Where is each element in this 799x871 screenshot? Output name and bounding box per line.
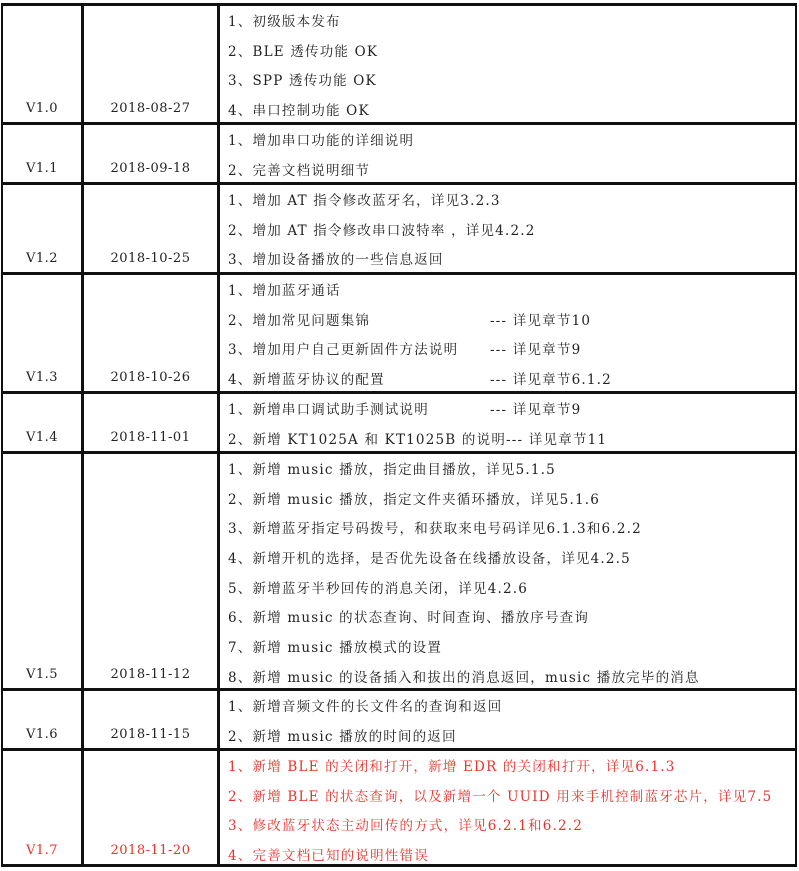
notes-cell: 1、新增 music 播放，指定曲目播放，详见5.1.52、新增 music 播… xyxy=(220,454,795,688)
version-number: V1.7 xyxy=(3,841,81,861)
revision-row: V1.12018-09-181、增加串口功能的详细说明2、完善文档说明细节 xyxy=(3,122,795,182)
date-cell: 2018-10-25 xyxy=(84,185,220,272)
note-text: 3、修改蓝牙状态主动回传的方式，详见6.2.1和6.2.2 xyxy=(228,818,583,834)
section-reference: --- 详见章节9 xyxy=(490,396,581,426)
date-cell: 2018-10-26 xyxy=(84,275,220,391)
date-cell: 2018-11-12 xyxy=(84,454,220,688)
note-text: 3、增加设备播放的一些信息返回 xyxy=(228,252,444,268)
note-text: 2、增加常见问题集锦 xyxy=(228,307,490,337)
note-text: 3、增加用户自己更新固件方法说明 xyxy=(228,336,490,366)
note-line: 2、新增 music 播放，指定文件夹循环播放，详见5.1.6 xyxy=(228,486,795,516)
note-line: 5、新增蓝牙半秒回传的消息关闭，详见4.2.6 xyxy=(228,575,795,605)
note-text: 1、增加 AT 指令修改蓝牙名，详见3.2.3 xyxy=(228,193,501,209)
note-line: 3、增加用户自己更新固件方法说明--- 详见章节9 xyxy=(228,336,795,366)
revision-date: 2018-11-12 xyxy=(84,665,217,685)
note-text: 4、新增开机的选择，是否优先设备在线播放设备，详见4.2.5 xyxy=(228,551,631,567)
note-text: 8、新增 music 的设备插入和拔出的消息返回，music 播放完毕的消息 xyxy=(228,670,700,686)
notes-cell: 1、增加 AT 指令修改蓝牙名，详见3.2.32、增加 AT 指令修改串口波特率… xyxy=(220,185,795,272)
note-line: 4、完善文档已知的说明性错误 xyxy=(228,842,795,871)
version-cell: V1.7 xyxy=(3,751,84,864)
note-text: 1、增加蓝牙通话 xyxy=(228,283,341,299)
date-cell: 2018-11-01 xyxy=(84,394,220,451)
notes-cell: 1、新增音频文件的长文件名的查询和返回2、新增 music 播放的时间的返回 xyxy=(220,691,795,748)
version-number: V1.3 xyxy=(3,368,81,388)
version-cell: V1.5 xyxy=(3,454,84,688)
notes-cell: 1、新增串口调试助手测试说明--- 详见章节92、新增 KT1025A 和 KT… xyxy=(220,394,795,451)
note-text: 3、新增蓝牙指定号码拨号，和获取来电号码详见6.1.3和6.2.2 xyxy=(228,521,642,537)
notes-cell: 1、新增 BLE 的关闭和打开，新增 EDR 的关闭和打开，详见6.1.32、新… xyxy=(220,751,795,864)
date-cell: 2018-08-27 xyxy=(84,6,220,122)
revision-date: 2018-11-01 xyxy=(84,428,217,448)
note-text: 1、新增 BLE 的关闭和打开，新增 EDR 的关闭和打开，详见6.1.3 xyxy=(228,759,676,775)
note-line: 1、增加蓝牙通话 xyxy=(228,277,795,307)
revision-row: V1.62018-11-151、新增音频文件的长文件名的查询和返回2、新增 mu… xyxy=(3,688,795,748)
note-line: 1、新增 BLE 的关闭和打开，新增 EDR 的关闭和打开，详见6.1.3 xyxy=(228,753,795,783)
revision-history-table: V1.02018-08-271、初级版本发布2、BLE 透传功能 OK3、SPP… xyxy=(1,3,797,867)
version-number: V1.2 xyxy=(3,249,81,269)
note-line: 1、新增音频文件的长文件名的查询和返回 xyxy=(228,693,795,723)
notes-cell: 1、增加蓝牙通话2、增加常见问题集锦--- 详见章节103、增加用户自己更新固件… xyxy=(220,275,795,391)
revision-row: V1.52018-11-121、新增 music 播放，指定曲目播放，详见5.1… xyxy=(3,451,795,688)
note-text: 2、完善文档说明细节 xyxy=(228,163,370,179)
notes-cell: 1、初级版本发布2、BLE 透传功能 OK3、SPP 透传功能 OK4、串口控制… xyxy=(220,6,795,122)
version-number: V1.4 xyxy=(3,428,81,448)
date-cell: 2018-09-18 xyxy=(84,125,220,182)
revision-row: V1.22018-10-251、增加 AT 指令修改蓝牙名，详见3.2.32、增… xyxy=(3,182,795,272)
note-text: 6、新增 music 的状态查询、时间查询、播放序号查询 xyxy=(228,610,589,626)
revision-row: V1.02018-08-271、初级版本发布2、BLE 透传功能 OK3、SPP… xyxy=(3,3,795,122)
revision-date: 2018-11-20 xyxy=(84,841,217,861)
note-line: 2、增加常见问题集锦--- 详见章节10 xyxy=(228,307,795,337)
note-text: 2、新增 music 播放的时间的返回 xyxy=(228,729,457,745)
note-text: 7、新增 music 播放模式的设置 xyxy=(228,640,442,656)
note-line: 1、初级版本发布 xyxy=(228,8,795,38)
note-text: 4、完善文档已知的说明性错误 xyxy=(228,848,429,864)
note-text: 1、新增串口调试助手测试说明 xyxy=(228,396,490,426)
note-line: 3、新增蓝牙指定号码拨号，和获取来电号码详见6.1.3和6.2.2 xyxy=(228,515,795,545)
date-cell: 2018-11-20 xyxy=(84,751,220,864)
version-cell: V1.0 xyxy=(3,6,84,122)
note-line: 2、BLE 透传功能 OK xyxy=(228,38,795,68)
revision-date: 2018-11-15 xyxy=(84,725,217,745)
version-number: V1.0 xyxy=(3,99,81,119)
note-text: 2、新增 music 播放，指定文件夹循环播放，详见5.1.6 xyxy=(228,492,600,508)
version-cell: V1.4 xyxy=(3,394,84,451)
version-number: V1.6 xyxy=(3,725,81,745)
note-text: 2、增加 AT 指令修改串口波特率 ，详见4.2.2 xyxy=(228,223,536,239)
revision-row: V1.42018-11-011、新增串口调试助手测试说明--- 详见章节92、新… xyxy=(3,391,795,451)
note-text: 1、新增音频文件的长文件名的查询和返回 xyxy=(228,699,502,715)
note-text: 2、BLE 透传功能 OK xyxy=(228,44,378,60)
note-line: 4、新增开机的选择，是否优先设备在线播放设备，详见4.2.5 xyxy=(228,545,795,575)
notes-cell: 1、增加串口功能的详细说明2、完善文档说明细节 xyxy=(220,125,795,182)
version-cell: V1.6 xyxy=(3,691,84,748)
note-line: 3、修改蓝牙状态主动回传的方式，详见6.2.1和6.2.2 xyxy=(228,812,795,842)
date-cell: 2018-11-15 xyxy=(84,691,220,748)
section-reference: --- 详见章节9 xyxy=(490,336,581,366)
version-cell: V1.2 xyxy=(3,185,84,272)
revision-date: 2018-10-26 xyxy=(84,368,217,388)
note-text: 1、增加串口功能的详细说明 xyxy=(228,133,414,149)
note-text: 1、初级版本发布 xyxy=(228,14,341,30)
version-cell: V1.1 xyxy=(3,125,84,182)
note-line: 7、新增 music 播放模式的设置 xyxy=(228,634,795,664)
section-reference: --- 详见章节10 xyxy=(490,307,591,337)
note-line: 1、新增串口调试助手测试说明--- 详见章节9 xyxy=(228,396,795,426)
version-number: V1.5 xyxy=(3,665,81,685)
revision-date: 2018-08-27 xyxy=(84,99,217,119)
revision-row: V1.32018-10-261、增加蓝牙通话2、增加常见问题集锦--- 详见章节… xyxy=(3,272,795,391)
revision-date: 2018-09-18 xyxy=(84,159,217,179)
revision-date: 2018-10-25 xyxy=(84,249,217,269)
note-line: 2、新增 BLE 的状态查询，以及新增一个 UUID 用来手机控制蓝牙芯片，详见… xyxy=(228,783,795,813)
version-number: V1.1 xyxy=(3,159,81,179)
note-line: 3、SPP 透传功能 OK xyxy=(228,67,795,97)
note-text: 3、SPP 透传功能 OK xyxy=(228,73,377,89)
note-text: 4、串口控制功能 OK xyxy=(228,103,370,119)
note-line: 1、增加 AT 指令修改蓝牙名，详见3.2.3 xyxy=(228,187,795,217)
note-text: 1、新增 music 播放，指定曲目播放，详见5.1.5 xyxy=(228,462,556,478)
note-text: 5、新增蓝牙半秒回传的消息关闭，详见4.2.6 xyxy=(228,581,528,597)
version-cell: V1.3 xyxy=(3,275,84,391)
revision-row: V1.72018-11-201、新增 BLE 的关闭和打开，新增 EDR 的关闭… xyxy=(3,748,795,867)
note-text: 2、新增 BLE 的状态查询，以及新增一个 UUID 用来手机控制蓝牙芯片，详见… xyxy=(228,789,772,805)
note-line: 1、增加串口功能的详细说明 xyxy=(228,127,795,157)
note-line: 1、新增 music 播放，指定曲目播放，详见5.1.5 xyxy=(228,456,795,486)
note-line: 2、增加 AT 指令修改串口波特率 ，详见4.2.2 xyxy=(228,217,795,247)
note-line: 6、新增 music 的状态查询、时间查询、播放序号查询 xyxy=(228,604,795,634)
